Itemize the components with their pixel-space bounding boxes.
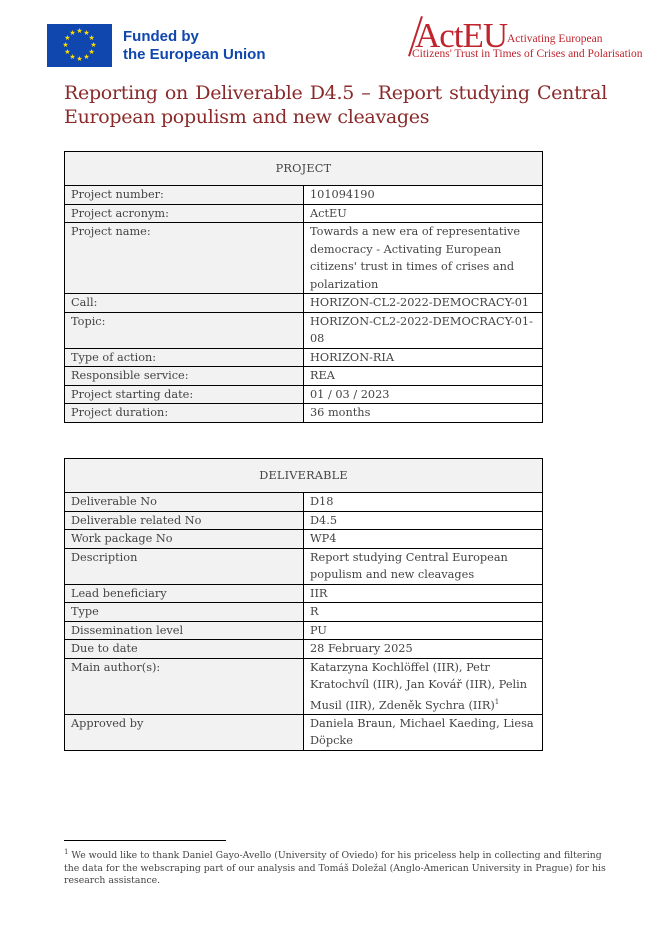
table-row: Call:HORIZON-CL2-2022-DEMOCRACY-01 bbox=[65, 294, 543, 313]
row-value-text: PU bbox=[310, 624, 327, 637]
row-value: D18 bbox=[304, 493, 543, 512]
row-label: Project duration: bbox=[65, 404, 304, 423]
row-value: 28 February 2025 bbox=[304, 640, 543, 659]
eu-funding-line1: Funded by bbox=[123, 28, 266, 46]
eu-funding-line2: the European Union bbox=[123, 46, 266, 64]
table-row: Project starting date: 01 / 03 / 2023 bbox=[65, 385, 543, 404]
table-row: Dissemination levelPU bbox=[65, 621, 543, 640]
row-value: 36 months bbox=[304, 404, 543, 423]
table-row: Project number:101094190 bbox=[65, 186, 543, 205]
table-row: Work package NoWP4 bbox=[65, 530, 543, 549]
row-value-text: IIR bbox=[310, 587, 327, 600]
table-row: Approved byDaniela Braun, Michael Kaedin… bbox=[65, 714, 543, 750]
row-label: Work package No bbox=[65, 530, 304, 549]
table-row: Project name:Towards a new era of repres… bbox=[65, 223, 543, 294]
row-value: 101094190 bbox=[304, 186, 543, 205]
row-label: Main author(s): bbox=[65, 658, 304, 714]
row-value-text: HORIZON-CL2-2022-DEMOCRACY-01-08 bbox=[310, 315, 533, 346]
row-label: Approved by bbox=[65, 714, 304, 750]
row-value: Towards a new era of representative demo… bbox=[304, 223, 543, 294]
table-row: Project acronym:ActEU bbox=[65, 204, 543, 223]
row-label: Call: bbox=[65, 294, 304, 313]
star-icon: ★ bbox=[83, 54, 90, 61]
row-value: Daniela Braun, Michael Kaeding, Liesa Dö… bbox=[304, 714, 543, 750]
table-row: Responsible service:REA bbox=[65, 367, 543, 386]
row-value: 01 / 03 / 2023 bbox=[304, 385, 543, 404]
deliverable-table: DELIVERABLE Deliverable NoD18Deliverable… bbox=[64, 458, 543, 751]
row-label: Deliverable No bbox=[65, 493, 304, 512]
row-value: ActEU bbox=[304, 204, 543, 223]
row-value-text: R bbox=[310, 605, 319, 618]
star-icon: ★ bbox=[64, 49, 71, 56]
eu-funding-logo: ★★★★★★★★★★★★ Funded by the European Unio… bbox=[47, 24, 266, 67]
row-value-text: D4.5 bbox=[310, 514, 337, 527]
row-value: PU bbox=[304, 621, 543, 640]
row-value: D4.5 bbox=[304, 511, 543, 530]
row-value-text: 101094190 bbox=[310, 188, 375, 201]
row-value-text: HORIZON-CL2-2022-DEMOCRACY-01 bbox=[310, 296, 529, 309]
row-value: REA bbox=[304, 367, 543, 386]
row-label: Lead beneficiary bbox=[65, 584, 304, 603]
footnote-ref[interactable]: 1 bbox=[495, 698, 499, 706]
table-row: Deliverable related NoD4.5 bbox=[65, 511, 543, 530]
row-value-text: 36 months bbox=[310, 406, 370, 419]
acteu-tagline-1: Activating European bbox=[507, 33, 602, 45]
row-label: Due to date bbox=[65, 640, 304, 659]
row-value-text: WP4 bbox=[310, 532, 336, 545]
eu-funding-text: Funded by the European Union bbox=[123, 28, 266, 64]
row-value-text: Towards a new era of representative demo… bbox=[310, 225, 520, 291]
project-table: PROJECT Project number:101094190Project … bbox=[64, 151, 543, 423]
row-value-text: ActEU bbox=[310, 207, 347, 220]
eu-flag-icon: ★★★★★★★★★★★★ bbox=[47, 24, 112, 67]
footnote: 1 We would like to thank Daniel Gayo-Ave… bbox=[64, 846, 609, 888]
row-label: Dissemination level bbox=[65, 621, 304, 640]
row-value-text: 01 / 03 / 2023 bbox=[310, 388, 389, 401]
table-row: Topic:HORIZON-CL2-2022-DEMOCRACY-01-08 bbox=[65, 312, 543, 348]
row-value: IIR bbox=[304, 584, 543, 603]
star-icon: ★ bbox=[62, 42, 69, 49]
row-value: HORIZON-CL2-2022-DEMOCRACY-01 bbox=[304, 294, 543, 313]
row-value: R bbox=[304, 603, 543, 622]
table-row: Project duration:36 months bbox=[65, 404, 543, 423]
row-label: Project starting date: bbox=[65, 385, 304, 404]
row-value-text: REA bbox=[310, 369, 335, 382]
footnote-separator bbox=[64, 840, 226, 841]
row-value: HORIZON-RIA bbox=[304, 348, 543, 367]
table-row: Deliverable NoD18 bbox=[65, 493, 543, 512]
row-value-text: 28 February 2025 bbox=[310, 642, 413, 655]
row-label: Responsible service: bbox=[65, 367, 304, 386]
acteu-tagline-2: Citizens' Trust in Times of Crises and P… bbox=[412, 48, 643, 60]
row-label: Topic: bbox=[65, 312, 304, 348]
row-label: Type of action: bbox=[65, 348, 304, 367]
row-value-text: Daniela Braun, Michael Kaeding, Liesa Dö… bbox=[310, 717, 534, 748]
document-title: Reporting on Deliverable D4.5 – Report s… bbox=[64, 81, 607, 129]
row-label: Description bbox=[65, 548, 304, 584]
row-label: Project acronym: bbox=[65, 204, 304, 223]
row-value-text: HORIZON-RIA bbox=[310, 351, 394, 364]
row-label: Deliverable related No bbox=[65, 511, 304, 530]
row-value: Report studying Central European populis… bbox=[304, 548, 543, 584]
row-label: Project number: bbox=[65, 186, 304, 205]
project-table-heading: PROJECT bbox=[65, 152, 543, 186]
table-row: Main author(s):Katarzyna Kochlöffel (IIR… bbox=[65, 658, 543, 714]
deliverable-table-heading: DELIVERABLE bbox=[65, 459, 543, 493]
row-value: Katarzyna Kochlöffel (IIR), Petr Kratoch… bbox=[304, 658, 543, 714]
row-value-text: D18 bbox=[310, 495, 333, 508]
row-label: Project name: bbox=[65, 223, 304, 294]
row-value: WP4 bbox=[304, 530, 543, 549]
row-label: Type bbox=[65, 603, 304, 622]
star-icon: ★ bbox=[69, 30, 76, 37]
table-row: DescriptionReport studying Central Europ… bbox=[65, 548, 543, 584]
footnote-text: We would like to thank Daniel Gayo-Avell… bbox=[64, 850, 606, 886]
star-icon: ★ bbox=[76, 56, 83, 63]
table-row: Due to date28 February 2025 bbox=[65, 640, 543, 659]
table-row: Type of action:HORIZON-RIA bbox=[65, 348, 543, 367]
row-value-text: Report studying Central European populis… bbox=[310, 551, 508, 582]
table-row: TypeR bbox=[65, 603, 543, 622]
table-row: Lead beneficiaryIIR bbox=[65, 584, 543, 603]
acteu-logo: ActEU Activating European Citizens' Trus… bbox=[407, 14, 657, 64]
row-value: HORIZON-CL2-2022-DEMOCRACY-01-08 bbox=[304, 312, 543, 348]
star-icon: ★ bbox=[76, 28, 83, 35]
